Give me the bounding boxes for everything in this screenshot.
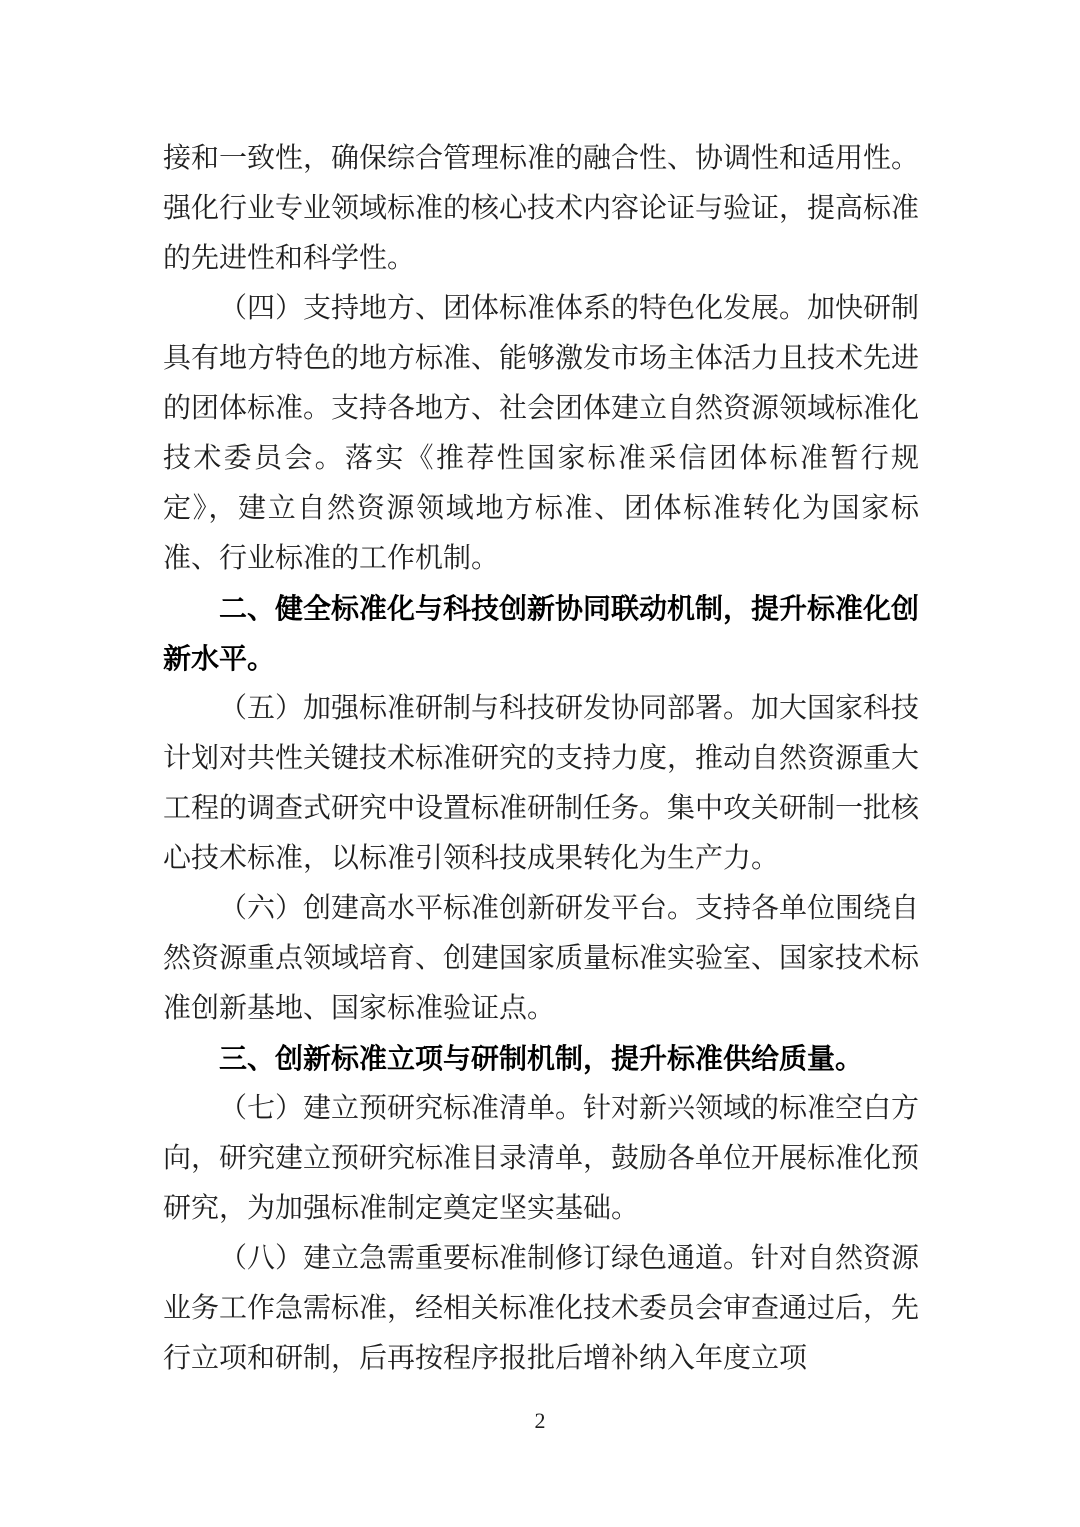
- body-paragraph: （五）加强标准研制与科技研发协同部署。加大国家科技计划对共性关键技术标准研究的支…: [163, 684, 919, 884]
- body-paragraph: （六）创建高水平标准创新研发平台。支持各单位围绕自然资源重点领域培育、创建国家质…: [163, 884, 919, 1034]
- document-body: 接和一致性，确保综合管理标准的融合性、协调性和适用性。强化行业专业领域标准的核心…: [163, 134, 919, 1384]
- body-paragraph: （七）建立预研究标准清单。针对新兴领域的标准空白方向，研究建立预研究标准目录清单…: [163, 1084, 919, 1234]
- document-page: 接和一致性，确保综合管理标准的融合性、协调性和适用性。强化行业专业领域标准的核心…: [0, 0, 1080, 1527]
- section-heading: 三、创新标准立项与研制机制，提升标准供给质量。: [163, 1034, 919, 1084]
- body-paragraph: （八）建立急需重要标准制修订绿色通道。针对自然资源业务工作急需标准，经相关标准化…: [163, 1234, 919, 1384]
- section-heading: 二、健全标准化与科技创新协同联动机制，提升标准化创新水平。: [163, 584, 919, 684]
- body-paragraph: 接和一致性，确保综合管理标准的融合性、协调性和适用性。强化行业专业领域标准的核心…: [163, 134, 919, 284]
- body-paragraph: （四）支持地方、团体标准体系的特色化发展。加快研制具有地方特色的地方标准、能够激…: [163, 284, 919, 584]
- page-number: 2: [0, 1406, 1080, 1436]
